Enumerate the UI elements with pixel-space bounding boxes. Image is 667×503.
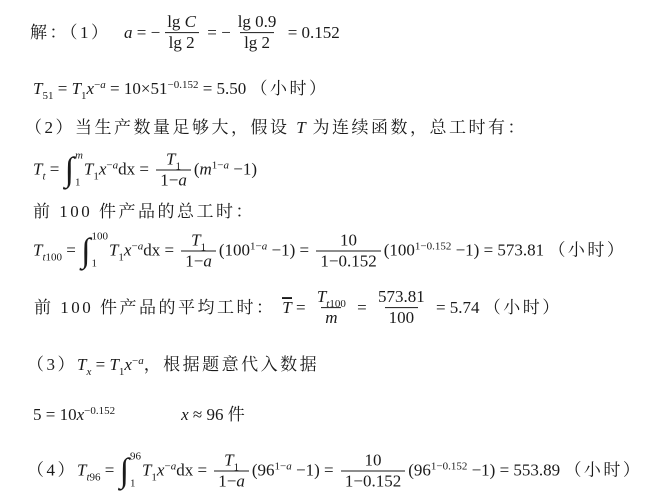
- integral: ∫1001: [81, 230, 108, 273]
- math-variable: a: [113, 160, 119, 172]
- subscript: t100: [326, 298, 346, 311]
- math-text: 96: [90, 472, 101, 484]
- subscript: t100: [42, 252, 62, 265]
- superscript: −a: [132, 355, 144, 368]
- integral-limits: 1001: [90, 230, 108, 273]
- solution-line-2-t51: T51 = T1x−a = 10×51−0.152 = 5.50 （小时）: [33, 79, 329, 99]
- superscript: 1−a: [250, 241, 267, 254]
- integral-sign: ∫: [81, 231, 90, 271]
- superscripted-term: 961−0.152: [414, 461, 467, 481]
- text-run: 前 100 件产品的总工时：: [33, 202, 255, 222]
- math-variable: T: [282, 298, 291, 317]
- script-base: m: [200, 160, 212, 179]
- math-variable: T: [77, 461, 86, 480]
- math-variable: a: [178, 171, 187, 191]
- script-base: 100: [225, 241, 251, 260]
- math-text: 1: [119, 366, 125, 378]
- superscript: −a: [94, 79, 106, 92]
- numerator: 10: [361, 450, 386, 470]
- math-text: 1: [176, 160, 182, 172]
- subscripted-term: T51: [33, 79, 53, 99]
- text-run: 解：（1）: [30, 23, 124, 43]
- script-base: x: [124, 241, 132, 260]
- math-text: 1: [75, 177, 81, 189]
- denominator: 100: [385, 308, 419, 329]
- math-text: 10: [365, 450, 382, 470]
- solution-line-7-average-hours: 前 100 件产品的平均工时： T = Tt100m = 573.81100 =…: [34, 287, 562, 329]
- fraction: Tt100m: [313, 287, 350, 329]
- math-text: 1−: [275, 461, 287, 473]
- spacer: [115, 414, 181, 415]
- subscripted-term: T1: [109, 241, 124, 261]
- math-text: 5 = 10: [33, 405, 77, 425]
- subscript: t: [42, 171, 45, 184]
- text-run: 前 100 件产品的平均工时：: [34, 298, 282, 318]
- text-run: （小时）: [484, 298, 562, 318]
- math-text: = 10×: [106, 79, 151, 99]
- math-text: = −: [133, 23, 161, 43]
- math-text: 1: [81, 90, 87, 102]
- subscripted-term: Tt96: [77, 461, 101, 481]
- solution-line-10-t96-total: （4）Tt96 = ∫961T1x−adx = T11−a(961−a −1) …: [27, 450, 642, 493]
- solution-line-5-first100-label: 前 100 件产品的总工时：: [33, 202, 255, 222]
- superscripted-term: 1001−a: [225, 241, 268, 261]
- math-variable: T: [166, 149, 175, 168]
- superscripted-term: x−a: [124, 355, 143, 375]
- math-text: 96: [258, 461, 275, 480]
- numerator: T1: [220, 450, 243, 470]
- math-text: =: [53, 79, 71, 99]
- math-text: lg: [167, 12, 184, 32]
- script-base: T: [84, 160, 93, 179]
- superscripted-term: x−0.152: [77, 405, 116, 425]
- math-text: −1) = 553.89: [467, 461, 564, 481]
- script-base: x: [124, 355, 132, 374]
- math-text: 1−0.152: [345, 472, 401, 492]
- text-run: （小时）: [564, 461, 642, 481]
- math-text: = 0.152: [283, 23, 339, 43]
- script-base: 51: [150, 79, 167, 98]
- fraction: 101−0.152: [316, 230, 380, 272]
- superscripted-term: 1001−0.152: [389, 241, 451, 261]
- subscripted-term: T1: [84, 160, 99, 180]
- math-text: −1) =: [292, 461, 338, 481]
- math-text: dx =: [118, 160, 153, 180]
- integral-lower-limit: 1: [75, 178, 83, 189]
- script-base: T: [33, 241, 42, 260]
- math-variable: a: [262, 241, 268, 253]
- script-base: x: [99, 160, 107, 179]
- fraction: T11−a: [181, 230, 216, 272]
- denominator: 1−0.152: [341, 471, 405, 492]
- math-variable: m: [325, 309, 337, 329]
- subscripted-term: T1: [109, 355, 124, 375]
- script-base: T: [191, 230, 200, 249]
- fraction: 101−0.152: [341, 450, 405, 492]
- text-run: （4）: [27, 461, 77, 481]
- text-run: 件: [228, 405, 248, 425]
- math-variable: T: [33, 160, 42, 179]
- math-text: 1−: [185, 252, 203, 272]
- math-text: 96: [414, 461, 431, 480]
- denominator: lg 2: [165, 33, 199, 54]
- math-variable: a: [124, 23, 133, 43]
- text-run: （小时）: [548, 241, 626, 261]
- solution-line-3-assumption-text: （2）当生产数量足够大，假设 T 为连续函数，总工时有：: [25, 118, 527, 138]
- math-text: 1: [93, 171, 99, 183]
- math-text: 1−: [218, 472, 236, 492]
- math-variable: a: [100, 79, 106, 91]
- superscripted-term: m1−a: [200, 160, 230, 180]
- numerator: lg 0.9: [234, 12, 281, 32]
- script-base: T: [33, 160, 42, 179]
- math-text: 10: [340, 230, 357, 250]
- math-variable: T: [33, 79, 42, 98]
- fraction: T11−a: [214, 450, 249, 492]
- math-variable: T: [84, 160, 93, 179]
- numerator: 573.81: [374, 287, 429, 307]
- math-text: 96: [130, 451, 141, 463]
- math-variable: T: [33, 241, 42, 260]
- script-base: x: [87, 79, 95, 98]
- math-variable: a: [286, 461, 292, 473]
- math-text: −1): [229, 160, 257, 180]
- solution-line-4-total-integral: Tt = ∫m1T1x−adx = T11−a(m1−a −1): [33, 149, 257, 192]
- superscripted-term: x−a: [87, 79, 106, 99]
- math-variable: T: [72, 79, 81, 98]
- math-text: lg 2: [244, 34, 270, 54]
- subscript: 1: [119, 366, 125, 379]
- subscripted-term: Tt: [33, 160, 46, 180]
- math-text: 1−0.152: [320, 252, 376, 272]
- numerator: Tt100: [313, 287, 350, 307]
- script-base: T: [109, 241, 118, 260]
- integral-limits: m1: [74, 149, 83, 192]
- superscripted-term: x−a: [99, 160, 118, 180]
- math-variable: a: [203, 252, 212, 272]
- math-text: = 5.50: [198, 79, 250, 99]
- math-text: = 5.74: [432, 298, 484, 318]
- math-text: dx =: [176, 461, 211, 481]
- script-base: T: [33, 79, 42, 98]
- script-base: T: [77, 461, 86, 480]
- subscript: x: [86, 366, 91, 379]
- script-base: x: [77, 405, 85, 424]
- math-text: = −: [203, 23, 231, 43]
- subscripted-term: T1: [224, 450, 239, 470]
- overline-term: T: [282, 299, 291, 317]
- subscript: 1: [201, 241, 207, 254]
- document-page: 解：（1） a = −lg Clg 2 = −lg 0.9lg 2 = 0.15…: [0, 0, 667, 503]
- math-variable: x: [87, 79, 95, 98]
- math-text: lg 0.9: [238, 12, 277, 32]
- superscripted-term: x−a: [157, 461, 176, 481]
- math-text: 100: [46, 252, 63, 264]
- subscript: 1: [234, 461, 240, 474]
- superscript: −a: [131, 241, 143, 254]
- script-base: 96: [258, 461, 275, 480]
- math-text: −0.152: [84, 405, 115, 417]
- fraction: lg 0.9lg 2: [234, 12, 281, 54]
- math-text: ≈ 96: [189, 405, 228, 425]
- math-variable: x: [86, 366, 91, 378]
- solution-line-8-substitute-data: （3）Tx = T1x−a，根据题意代入数据: [27, 355, 319, 375]
- integral: ∫m1: [65, 149, 83, 192]
- subscript: t96: [86, 472, 100, 485]
- solution-line-6-t100-total: Tt100 = ∫1001T1x−adx = T11−a(1001−a −1) …: [33, 230, 626, 273]
- math-text: 100: [225, 241, 251, 260]
- math-text: 1−: [250, 241, 262, 253]
- math-text: 100: [91, 231, 108, 243]
- subscript: 1: [118, 252, 124, 265]
- math-text: 1: [118, 252, 124, 264]
- math-variable: a: [236, 472, 245, 492]
- superscript: −0.152: [167, 79, 198, 92]
- subscripted-term: T1: [191, 230, 206, 250]
- math-text: 1: [151, 472, 157, 484]
- math-variable: T: [109, 241, 118, 260]
- superscript: 1−a: [275, 461, 292, 474]
- math-variable: T: [224, 450, 233, 469]
- denominator: 1−a: [214, 471, 249, 492]
- integral-sign: ∫: [120, 451, 129, 491]
- math-variable: m: [200, 160, 212, 179]
- math-text: 1: [201, 241, 207, 253]
- subscripted-term: Tx: [77, 355, 91, 375]
- math-text: 1: [91, 258, 97, 270]
- integral-limits: 961: [129, 450, 141, 493]
- integral-upper-limit: 96: [130, 452, 141, 463]
- subscripted-term: Tt100: [317, 287, 346, 307]
- math-text: 1−0.152: [415, 241, 451, 253]
- math-variable: a: [171, 461, 177, 473]
- numerator: lg C: [163, 12, 200, 32]
- superscript: −0.152: [84, 405, 115, 418]
- script-base: T: [72, 79, 81, 98]
- superscript: 1−0.152: [431, 461, 467, 474]
- math-variable: T: [109, 355, 118, 374]
- solution-line-1-log-exponent: 解：（1） a = −lg Clg 2 = −lg 0.9lg 2 = 0.15…: [30, 12, 340, 54]
- integral-upper-limit: 100: [91, 232, 108, 243]
- script-base: T: [142, 461, 151, 480]
- math-text: =: [101, 461, 119, 481]
- superscripted-term: 51−0.152: [150, 79, 198, 99]
- math-variable: x: [181, 405, 189, 425]
- script-base: T: [224, 450, 233, 469]
- superscript: −a: [164, 461, 176, 474]
- math-text: −1) =: [267, 241, 313, 261]
- script-base: 100: [389, 241, 415, 260]
- math-text: 100: [389, 309, 415, 329]
- math-text: =: [292, 298, 310, 318]
- denominator: 1−a: [181, 251, 216, 272]
- subscript: 1: [93, 171, 99, 184]
- math-text: =: [91, 355, 109, 375]
- text-run: ，根据题意代入数据: [144, 355, 320, 375]
- denominator: 1−0.152: [316, 251, 380, 272]
- integral-lower-limit: 1: [91, 259, 108, 270]
- subscripted-term: Tt100: [33, 241, 62, 261]
- math-variable: a: [138, 241, 144, 253]
- fraction: lg Clg 2: [163, 12, 200, 54]
- math-text: 573.81: [378, 287, 425, 307]
- math-text: =: [62, 241, 80, 261]
- subscript: 51: [42, 90, 53, 103]
- math-variable: a: [224, 160, 230, 172]
- text-run: （小时）: [251, 79, 329, 99]
- text-run: （2）当生产数量足够大，假设: [25, 118, 296, 138]
- script-base: 96: [414, 461, 431, 480]
- text-run: （3）: [27, 355, 77, 375]
- subscripted-term: T1: [166, 149, 181, 169]
- denominator: 1−a: [156, 170, 191, 191]
- integral-sign: ∫: [65, 150, 74, 190]
- math-variable: T: [317, 287, 326, 306]
- superscript: −a: [106, 160, 118, 173]
- math-text: 1−: [212, 160, 224, 172]
- fraction: T11−a: [156, 149, 191, 191]
- integral-lower-limit: 1: [130, 479, 141, 490]
- fraction: 573.81100: [374, 287, 429, 329]
- script-base: T: [166, 149, 175, 168]
- script-base: T: [77, 355, 86, 374]
- math-text: dx =: [143, 241, 178, 261]
- math-text: 1: [234, 461, 240, 473]
- superscript: 1−a: [212, 160, 229, 173]
- math-text: 100: [389, 241, 415, 260]
- math-variable: T: [296, 118, 305, 138]
- math-text: 1−: [160, 171, 178, 191]
- subscript: 1: [151, 472, 157, 485]
- math-variable: C: [185, 12, 196, 32]
- superscripted-term: 961−a: [258, 461, 292, 481]
- math-text: 100: [329, 298, 346, 310]
- math-variable: m: [75, 150, 83, 162]
- math-variable: T: [191, 230, 200, 249]
- math-text: lg 2: [169, 34, 195, 54]
- script-base: T: [109, 355, 118, 374]
- numerator: T1: [162, 149, 185, 169]
- subscripted-term: T1: [72, 79, 87, 99]
- solution-line-9-solve-x: 5 = 10x−0.152x ≈ 96 件: [33, 405, 247, 425]
- math-variable: x: [157, 461, 165, 480]
- text-run: 为连续函数，总工时有：: [306, 118, 527, 138]
- math-variable: T: [77, 355, 86, 374]
- math-text: 51: [42, 90, 53, 102]
- numerator: T1: [187, 230, 210, 250]
- math-variable: x: [124, 241, 132, 260]
- superscripted-term: x−a: [124, 241, 143, 261]
- math-text: =: [46, 160, 64, 180]
- script-base: x: [157, 461, 165, 480]
- script-base: T: [317, 287, 326, 306]
- subscript: 1: [176, 160, 182, 173]
- math-variable: x: [77, 405, 85, 424]
- denominator: lg 2: [240, 33, 274, 54]
- math-text: 1: [130, 478, 136, 490]
- integral: ∫961: [120, 450, 141, 493]
- math-text: 51: [150, 79, 167, 98]
- superscript: 1−0.152: [415, 241, 451, 254]
- math-variable: t: [42, 171, 45, 183]
- math-text: −1) = 573.81: [451, 241, 548, 261]
- subscripted-term: T1: [142, 461, 157, 481]
- math-variable: x: [124, 355, 132, 374]
- subscript: 1: [81, 90, 87, 103]
- math-text: =: [353, 298, 371, 318]
- math-variable: a: [138, 355, 144, 367]
- math-variable: T: [142, 461, 151, 480]
- math-text: −0.152: [167, 79, 198, 91]
- numerator: 10: [336, 230, 361, 250]
- math-text: 1−0.152: [431, 461, 467, 473]
- integral-upper-limit: m: [75, 151, 83, 162]
- math-variable: x: [99, 160, 107, 179]
